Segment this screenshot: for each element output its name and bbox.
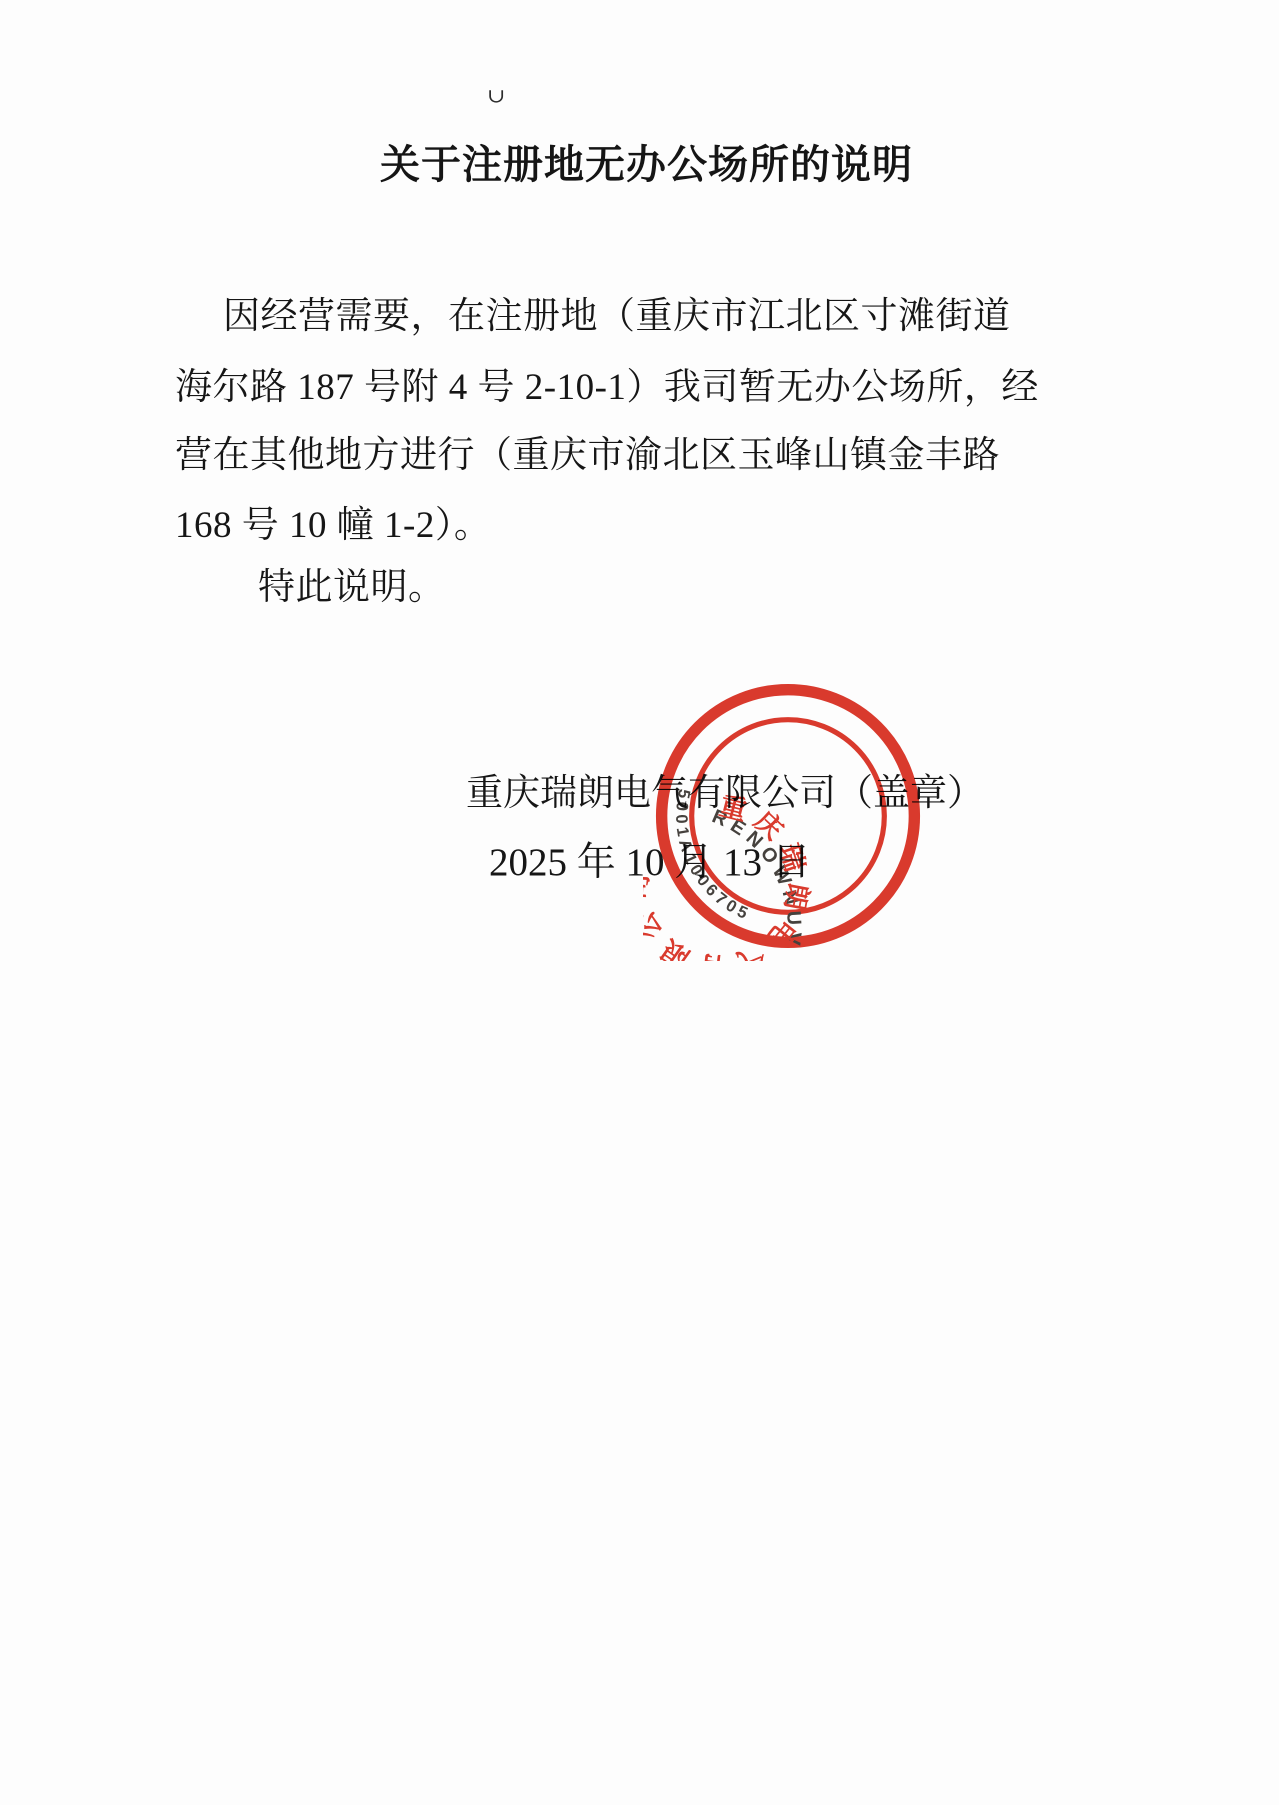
seal-chinese-company-name: 重庆瑞朗电气有限公司 [643, 791, 814, 961]
body-line: 因经营需要，在注册地（重庆市江北区寸滩街道 [223, 285, 1011, 339]
company-seal: RENOWNUV ELECTRIC CO., LTD. 5001A1006705… [643, 671, 933, 961]
stray-scan-mark: ∪ [487, 84, 505, 107]
body-line: 海尔路 187 号附 4 号 2-10-1）我司暂无办公场所，经 [175, 356, 1039, 410]
document-page: ∪ 关于注册地无办公场所的说明 因经营需要，在注册地（重庆市江北区寸滩街道 海尔… [0, 0, 1279, 1805]
body-line: 特此说明。 [258, 556, 446, 610]
body-line: 168 号 10 幢 1-2）。 [175, 494, 491, 548]
document-title: 关于注册地无办公场所的说明 [380, 133, 913, 190]
body-line: 营在其他地方进行（重庆市渝北区玉峰山镇金丰路 [175, 424, 1000, 478]
seal-chinese-company-name-textpath: 重庆瑞朗电气有限公司 [643, 791, 814, 961]
company-seal-graphic: RENOWNUV ELECTRIC CO., LTD. 5001A1006705… [643, 671, 933, 961]
